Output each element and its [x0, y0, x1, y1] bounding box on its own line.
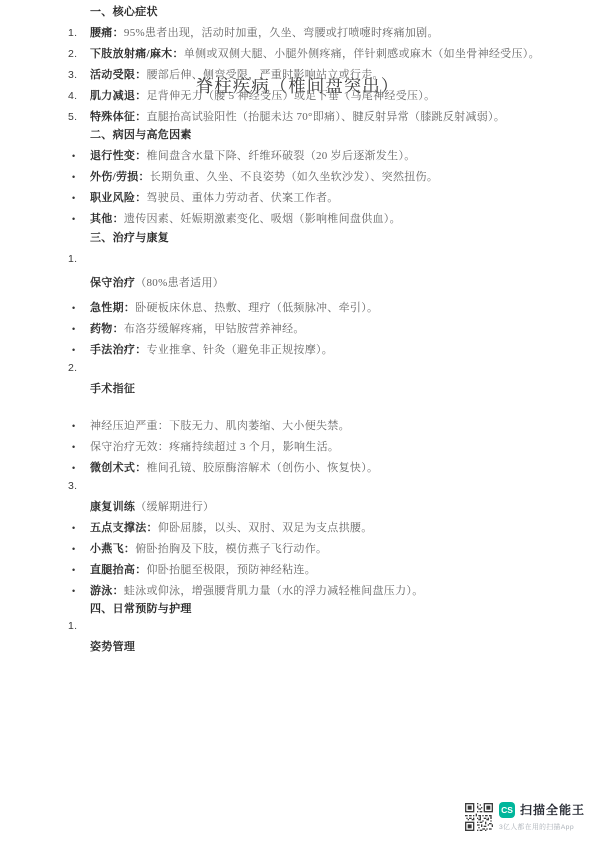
item-content: 职业风险：驾驶员、重体力劳动者、伏案工作者。: [90, 188, 339, 209]
item-content: 退行性变：椎间盘含水量下降、纤维环破裂（20 岁后逐渐发生）。: [90, 146, 416, 167]
camscanner-logo-icon: CS: [499, 802, 515, 818]
item-content: 外伤/劳损：长期负重、久坐、不良姿势（如久坐软沙发）、突然扭伤。: [90, 167, 438, 188]
item-text: 椎间盘含水量下降、纤维环破裂（20 岁后逐渐发生）。: [147, 150, 416, 162]
list-number: 2.: [68, 44, 90, 65]
item-label: 职业风险：: [90, 192, 147, 204]
item-label: 活动受限：: [90, 69, 147, 81]
scanned-document-page: 脊柱疾病（椎间盘突出） 一、核心症状 1. 腰痛：95%患者出现，活动时加重，久…: [0, 0, 595, 841]
bullet-icon: •: [68, 581, 90, 602]
item-text: 专业推拿、针灸（避免非正规按摩）。: [147, 344, 334, 356]
bullet-item: • 药物：布洛芬缓解疼痛，甲钴胺营养神经。: [68, 319, 595, 340]
watermark-brand-row: CS 扫描全能王: [499, 801, 585, 818]
item-label: 其他：: [90, 213, 124, 225]
item-label: 肌力减退：: [90, 90, 147, 102]
bullet-item: • 其他：遗传因素、妊娠期激素变化、吸烟（影响椎间盘供血）。: [68, 209, 595, 230]
section-heading-treatment: 三、治疗与康复: [68, 228, 595, 249]
item-text: 椎间孔镜、胶原酶溶解术（创伤小、恢复快）。: [147, 462, 379, 474]
item-text: 足背伸无力（腰 5 神经受压）或足下垂（马尾神经受压）。: [147, 90, 436, 102]
bullet-item: • 外伤/劳损：长期负重、久坐、不良姿势（如久坐软沙发）、突然扭伤。: [68, 167, 595, 188]
item-label: 药物：: [90, 323, 124, 335]
item-content: 微创术式：椎间孔镜、胶原酶溶解术（创伤小、恢复快）。: [90, 458, 378, 479]
list-number: 3.: [68, 65, 90, 86]
list-number: 3.: [68, 476, 90, 497]
app-name: 扫描全能王: [520, 801, 585, 818]
item-text: 蛙泳或仰泳，增强腰背肌力量（水的浮力减轻椎间盘压力）。: [124, 585, 424, 597]
item-label: 外伤/劳损：: [90, 171, 150, 183]
bullet-item: • 退行性变：椎间盘含水量下降、纤维环破裂（20 岁后逐渐发生）。: [68, 146, 595, 167]
document-body: 一、核心症状 1. 腰痛：95%患者出现，活动时加重，久坐、弯腰或打喷嚏时疼痛加…: [68, 0, 595, 658]
subsection-heading-surgery: 手术指征: [68, 379, 595, 400]
app-tagline: 3亿人都在用的扫描App: [499, 821, 585, 831]
item-content: 五点支撑法：仰卧屈膝，以头、双肘、双足为支点拱腰。: [90, 518, 373, 539]
numbered-item: 4. 肌力减退：足背伸无力（腰 5 神经受压）或足下垂（马尾神经受压）。: [68, 86, 595, 107]
bullet-icon: •: [68, 518, 90, 539]
bullet-icon: •: [68, 298, 90, 319]
qr-code-icon: [465, 803, 493, 831]
bullet-icon: •: [68, 560, 90, 581]
watermark-text-block: CS 扫描全能王 3亿人都在用的扫描App: [499, 801, 585, 831]
camscanner-logo-text: CS: [501, 805, 513, 815]
item-content: 保守治疗无效：疼痛持续超过 3 个月，影响生活。: [90, 437, 339, 458]
item-label: 五点支撑法：: [90, 522, 158, 534]
item-text: 95%患者出现，活动时加重，久坐、弯腰或打喷嚏时疼痛加剧。: [124, 27, 439, 39]
item-label: 急性期：: [90, 302, 135, 314]
bullet-icon: •: [68, 167, 90, 188]
bullet-item: • 保守治疗无效：疼痛持续超过 3 个月，影响生活。: [68, 437, 595, 458]
item-label: 小燕飞：: [90, 543, 135, 555]
bullet-item: • 小燕飞：俯卧抬胸及下肢，模仿燕子飞行动作。: [68, 539, 595, 560]
item-text: 驾驶员、重体力劳动者、伏案工作者。: [147, 192, 339, 204]
item-label: 游泳：: [90, 585, 124, 597]
item-content: 康复训练（缓解期进行）: [90, 497, 214, 518]
numbered-item: 2.: [68, 358, 595, 379]
list-number: 5.: [68, 107, 90, 128]
item-content: 其他：遗传因素、妊娠期激素变化、吸烟（影响椎间盘供血）。: [90, 209, 401, 230]
bullet-icon: •: [68, 209, 90, 230]
item-label: 特殊体征：: [90, 111, 147, 123]
item-text: 卧硬板床休息、热敷、理疗（低频脉冲、牵引）。: [135, 302, 378, 314]
bullet-icon: •: [68, 146, 90, 167]
item-content: 药物：布洛芬缓解疼痛，甲钴胺营养神经。: [90, 319, 305, 340]
numbered-item: 3. 活动受限：腰部后伸、侧弯受限，严重时影响站立或行走。: [68, 65, 595, 86]
item-content: 手法治疗：专业推拿、针灸（避免非正规按摩）。: [90, 340, 333, 361]
list-number: 1.: [68, 23, 90, 44]
numbered-item: 3.: [68, 476, 595, 497]
item-content: 小燕飞：俯卧抬胸及下肢，模仿燕子飞行动作。: [90, 539, 327, 560]
list-number: 1.: [68, 616, 90, 637]
subsection-title: 康复训练: [90, 501, 135, 513]
item-content: 保守治疗（80%患者适用）: [90, 273, 224, 294]
item-content: 手术指征: [90, 379, 135, 400]
item-content: 直腿抬高：仰卧抬腿至极限，预防神经粘连。: [90, 560, 316, 581]
item-content: 下肢放射痛/麻木：单侧或双侧大腿、小腿外侧疼痛，伴针刺感或麻木（如坐骨神经受压）…: [90, 44, 540, 65]
bullet-item: • 直腿抬高：仰卧抬腿至极限，预防神经粘连。: [68, 560, 595, 581]
item-content: 急性期：卧硬板床休息、热敷、理疗（低频脉冲、牵引）。: [90, 298, 378, 319]
subsection-heading-posture: 姿势管理: [68, 637, 595, 658]
item-text: 布洛芬缓解疼痛，甲钴胺营养神经。: [124, 323, 305, 335]
bullet-icon: •: [68, 437, 90, 458]
subsection-note: （80%患者适用）: [135, 277, 224, 289]
bullet-icon: •: [68, 539, 90, 560]
item-text: 单侧或双侧大腿、小腿外侧疼痛，伴针刺感或麻木（如坐骨神经受压）。: [184, 48, 540, 60]
item-text: 保守治疗无效：疼痛持续超过 3 个月，影响生活。: [90, 441, 339, 453]
item-content: 肌力减退：足背伸无力（腰 5 神经受压）或足下垂（马尾神经受压）。: [90, 86, 435, 107]
item-content: 神经压迫严重：下肢无力、肌肉萎缩、大小便失禁。: [90, 416, 350, 437]
subsection-title: 姿势管理: [90, 641, 135, 653]
section-heading-core-symptoms: 一、核心症状: [68, 2, 595, 23]
item-label: 下肢放射痛/麻木：: [90, 48, 184, 60]
list-number: 1.: [68, 249, 90, 270]
bullet-item: • 职业风险：驾驶员、重体力劳动者、伏案工作者。: [68, 188, 595, 209]
bullet-icon: •: [68, 188, 90, 209]
numbered-item: 2. 下肢放射痛/麻木：单侧或双侧大腿、小腿外侧疼痛，伴针刺感或麻木（如坐骨神经…: [68, 44, 595, 65]
list-number: 4.: [68, 86, 90, 107]
numbered-item: 1. 腰痛：95%患者出现，活动时加重，久坐、弯腰或打喷嚏时疼痛加剧。: [68, 23, 595, 44]
item-text: 神经压迫严重：下肢无力、肌肉萎缩、大小便失禁。: [90, 420, 350, 432]
list-number: 2.: [68, 358, 90, 379]
bullet-icon: •: [68, 416, 90, 437]
item-label: 手法治疗：: [90, 344, 147, 356]
item-text: 仰卧屈膝，以头、双肘、双足为支点拱腰。: [158, 522, 373, 534]
item-label: 微创术式：: [90, 462, 147, 474]
item-text: 俯卧抬胸及下肢，模仿燕子飞行动作。: [135, 543, 327, 555]
section-heading-causes: 二、病因与高危因素: [68, 125, 595, 146]
item-text: 直腿抬高试验阳性（抬腿未达 70°即痛）、腱反射异常（膝跳反射减弱）。: [147, 111, 506, 123]
subsection-title: 手术指征: [90, 383, 135, 395]
subsection-heading-conservative: 保守治疗（80%患者适用）: [68, 273, 595, 294]
subsection-title: 保守治疗: [90, 277, 135, 289]
item-text: 遗传因素、妊娠期激素变化、吸烟（影响椎间盘供血）。: [124, 213, 401, 225]
item-text: 长期负重、久坐、不良姿势（如久坐软沙发）、突然扭伤。: [150, 171, 438, 183]
item-text: 腰部后伸、侧弯受限，严重时影响站立或行走。: [147, 69, 384, 81]
numbered-item: 1.: [68, 249, 595, 270]
bullet-icon: •: [68, 319, 90, 340]
item-content: 腰痛：95%患者出现，活动时加重，久坐、弯腰或打喷嚏时疼痛加剧。: [90, 23, 439, 44]
item-label: 腰痛：: [90, 27, 124, 39]
bullet-item: • 五点支撑法：仰卧屈膝，以头、双肘、双足为支点拱腰。: [68, 518, 595, 539]
camscanner-watermark: CS 扫描全能王 3亿人都在用的扫描App: [465, 801, 585, 831]
subsection-note: （缓解期进行）: [135, 501, 214, 513]
item-label: 直腿抬高：: [90, 564, 147, 576]
bullet-item: • 急性期：卧硬板床休息、热敷、理疗（低频脉冲、牵引）。: [68, 298, 595, 319]
item-content: 活动受限：腰部后伸、侧弯受限，严重时影响站立或行走。: [90, 65, 384, 86]
item-label: 退行性变：: [90, 150, 147, 162]
bullet-item: • 神经压迫严重：下肢无力、肌肉萎缩、大小便失禁。: [68, 416, 595, 437]
item-content: 姿势管理: [90, 637, 135, 658]
item-text: 仰卧抬腿至极限，预防神经粘连。: [147, 564, 317, 576]
subsection-heading-rehab: 康复训练（缓解期进行）: [68, 497, 595, 518]
